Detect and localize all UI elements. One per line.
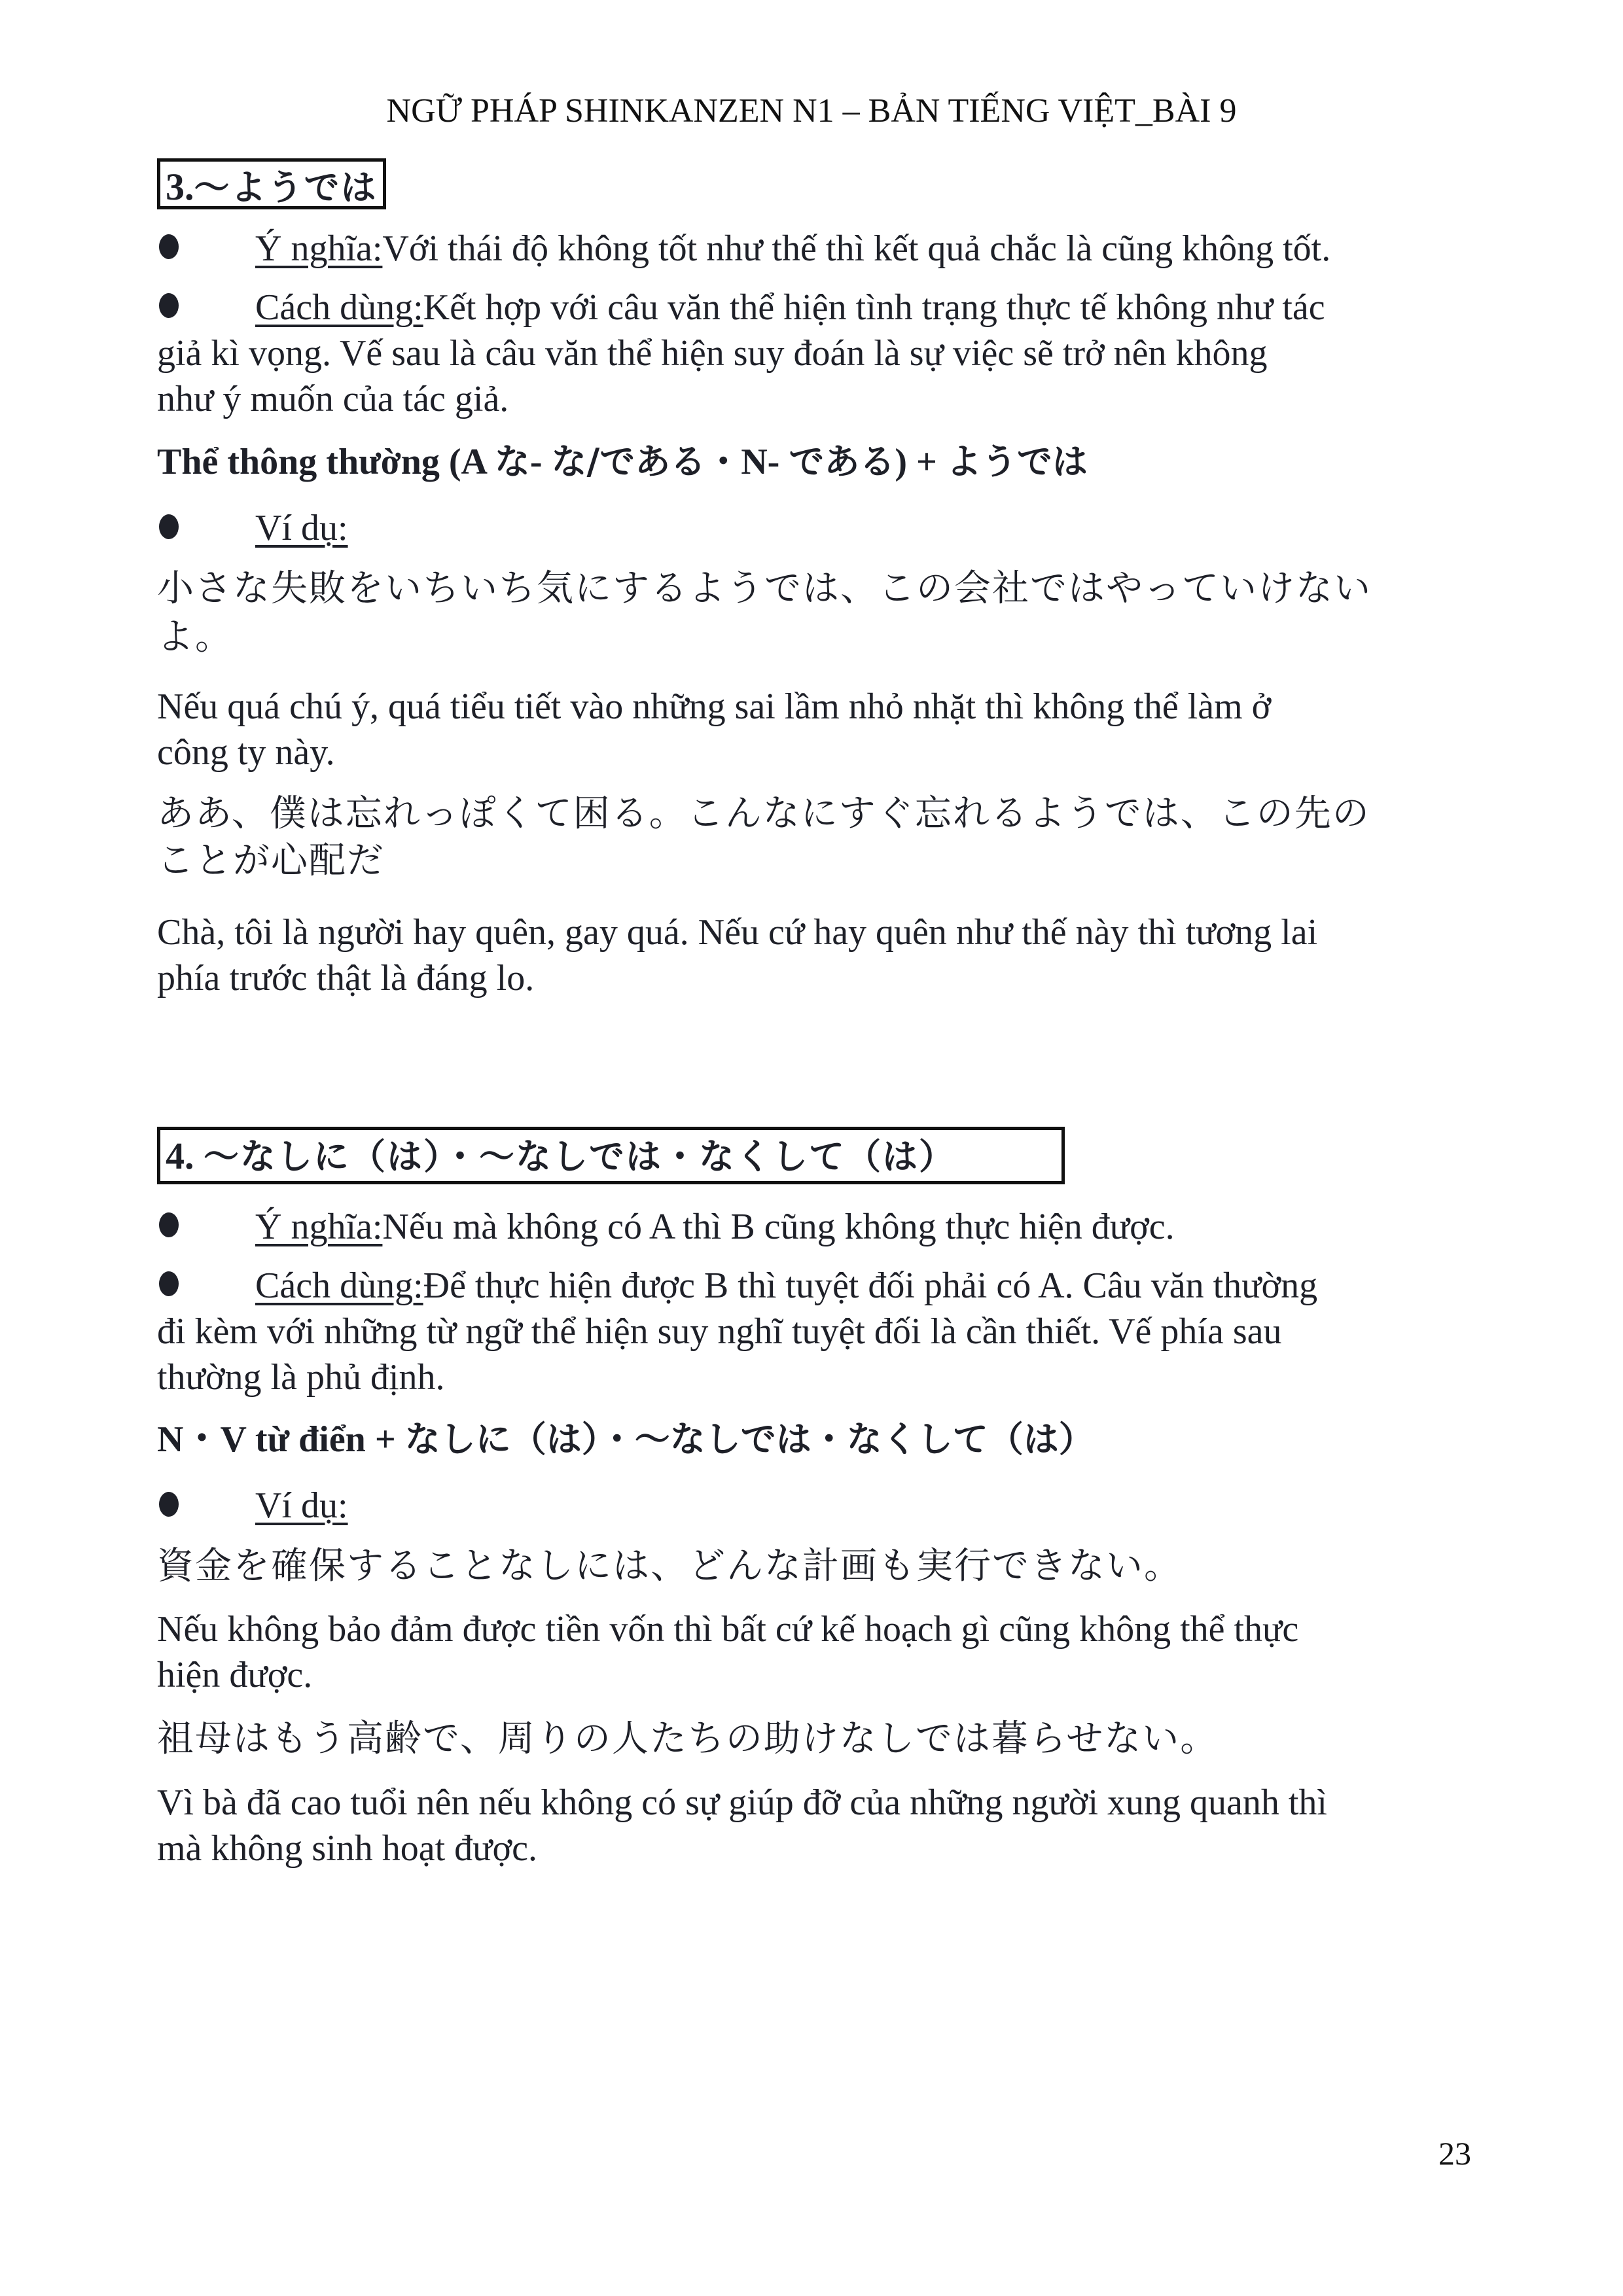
section-3-usage-line-2: giả kì vọng. Vế sau là câu văn thể hiện … [157, 330, 1268, 376]
bullet-icon [159, 1271, 179, 1296]
bullet-icon [159, 514, 179, 539]
pattern-jp: である [789, 441, 895, 482]
example-label: Ví dụ: [255, 1485, 348, 1526]
pattern-jp: な/である・ [552, 441, 741, 482]
section-4-usage-line-2: đi kèm với những từ ngữ thể hiện suy ngh… [157, 1309, 1281, 1354]
example-vn-line: Nếu không bảo đảm được tiền vốn thì bất … [157, 1606, 1298, 1652]
bullet-icon [159, 1212, 179, 1237]
bullet-icon [159, 1492, 179, 1517]
section-4-heading: 4. ～なしに（は）・～なしでは・なくして（は） [157, 1127, 1065, 1184]
section-4-example-label: Ví dụ: [255, 1483, 348, 1528]
section-3-grammar: ～ようでは [194, 167, 378, 208]
pattern-jp: な [495, 441, 530, 482]
pattern-jp: ようでは [946, 441, 1088, 482]
section-4-meaning: Ý nghĩa:Nếu mà không có A thì B cũng khô… [255, 1204, 1175, 1250]
example-vn-line: hiện được. [157, 1652, 312, 1698]
meaning-text: Với thái độ không tốt như thế thì kết qu… [382, 228, 1330, 269]
meaning-label: Ý nghĩa: [255, 1207, 382, 1247]
section-3-pattern: Thể thông thường (A な- な/である・N- である) + よ… [157, 437, 1088, 487]
section-3-example-label: Ví dụ: [255, 505, 348, 551]
example-jp-line: 祖母はもう高齢で、周りの人たちの助けなしでは暮らせない。 [157, 1716, 1218, 1763]
usage-text: Để thực hiện được B thì tuyệt đối phải c… [423, 1265, 1318, 1306]
usage-text: Kết hợp với câu văn thể hiện tình trạng … [423, 287, 1325, 328]
example-label: Ví dụ: [255, 508, 348, 548]
pattern-text: Thể thông thường (A [157, 442, 495, 482]
section-4-grammar: ～なしに（は）・～なしでは・なくして（は） [204, 1136, 955, 1177]
example-vn-line: Nếu quá chú ý, quá tiểu tiết vào những s… [157, 684, 1271, 730]
section-4-usage-line-3: thường là phủ định. [157, 1354, 445, 1400]
page-header: NGỮ PHÁP SHINKANZEN N1 – BẢN TIẾNG VIỆT_… [0, 92, 1623, 130]
pattern-text: ) + [895, 442, 946, 482]
section-3-meaning: Ý nghĩa:Với thái độ không tốt như thế th… [255, 226, 1330, 272]
pattern-text: N- [741, 442, 789, 482]
usage-label: Cách dùng: [255, 1265, 423, 1306]
meaning-label: Ý nghĩa: [255, 228, 382, 269]
usage-label: Cách dùng: [255, 287, 423, 328]
example-vn-line: công ty này. [157, 730, 335, 775]
pattern-text: N・V từ điển + [157, 1419, 405, 1460]
example-vn-line: mà không sinh hoạt được. [157, 1826, 537, 1871]
section-3-number: 3. [166, 166, 194, 208]
section-3-heading: 3.～ようでは [157, 158, 386, 209]
section-4-number: 4. [166, 1135, 204, 1177]
example-vn-line: phía trước thật là đáng lo. [157, 955, 534, 1001]
section-3-usage-line-3: như ý muốn của tác giả. [157, 376, 508, 422]
bullet-icon [159, 293, 179, 318]
section-4-usage-line-1: Cách dùng:Để thực hiện được B thì tuyệt … [255, 1263, 1317, 1309]
pattern-jp: なしに（は）・～なしでは・なくして（は） [405, 1419, 1094, 1460]
section-3-usage-line-1: Cách dùng:Kết hợp với câu văn thể hiện t… [255, 285, 1325, 330]
example-jp-line: 小さな失敗をいちいち気にするようでは、この会社ではやっていけない [157, 565, 1372, 612]
example-jp-line: ことが心配だ [157, 838, 385, 885]
example-jp-line: ああ、僕は忘れっぽくて困る。こんなにすぐ忘れるようでは、この先の [157, 790, 1370, 838]
example-vn-line: Chà, tôi là người hay quên, gay quá. Nếu… [157, 910, 1317, 955]
example-jp-line: よ。 [157, 614, 233, 661]
page-number: 23 [1438, 2134, 1471, 2172]
section-4-pattern: N・V từ điển + なしに（は）・～なしでは・なくして（は） [157, 1415, 1094, 1464]
meaning-text: Nếu mà không có A thì B cũng không thực … [382, 1207, 1174, 1247]
example-jp-line: 資金を確保することなしには、どんな計画も実行できない。 [157, 1543, 1182, 1590]
pattern-text: - [530, 442, 552, 482]
example-vn-line: Vì bà đã cao tuổi nên nếu không có sự gi… [157, 1780, 1327, 1826]
bullet-icon [159, 234, 179, 259]
